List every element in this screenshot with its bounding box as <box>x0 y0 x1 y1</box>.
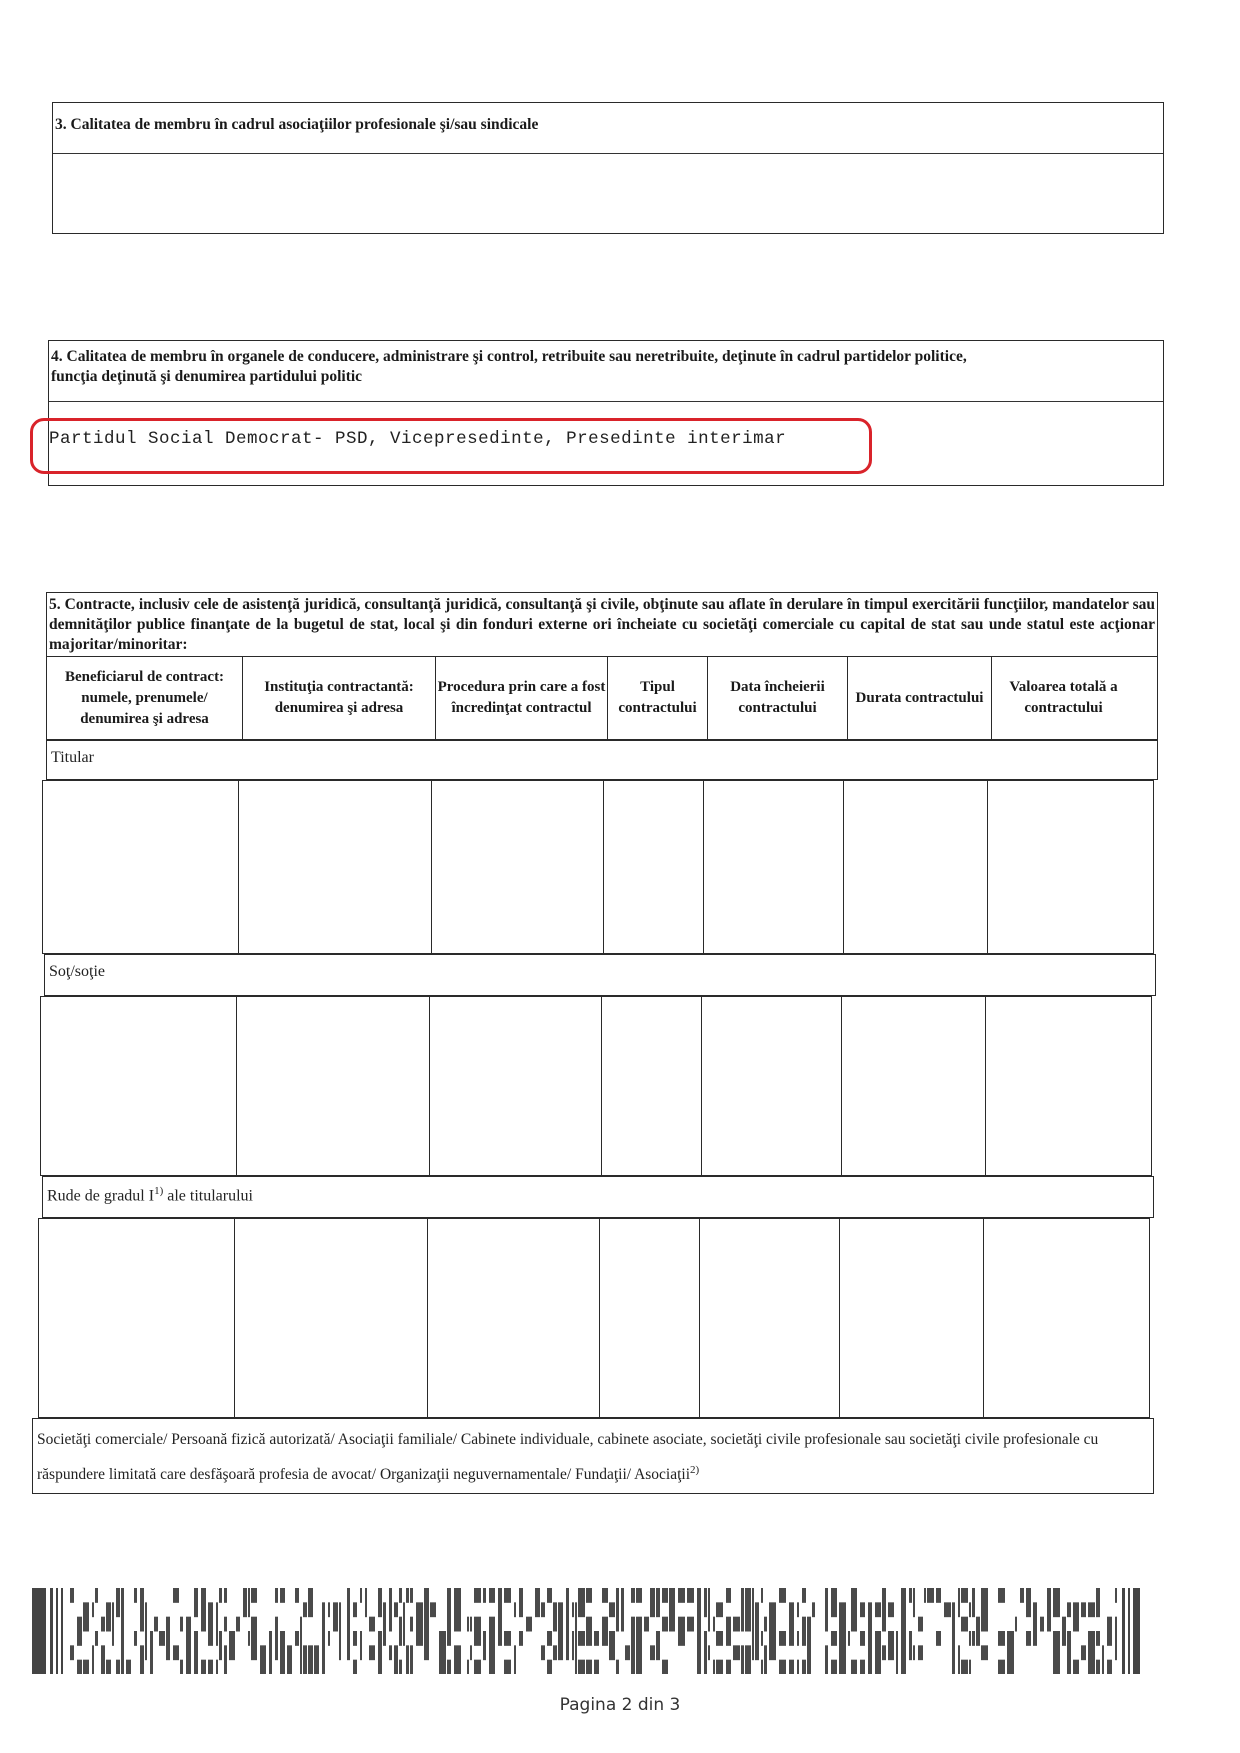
table-cell[interactable] <box>844 781 988 953</box>
column-header: Valoarea totală a contractului <box>992 657 1135 739</box>
table-cell[interactable] <box>602 997 702 1175</box>
column-header: Beneficiarul de contract: numele, prenum… <box>47 657 243 739</box>
table-cell[interactable] <box>986 997 1129 1175</box>
table-cell[interactable] <box>842 997 986 1175</box>
table-cell[interactable] <box>430 997 602 1175</box>
group-label-text: Rude de gradul I <box>47 1187 154 1204</box>
divider <box>49 401 1163 402</box>
table-cell[interactable] <box>984 1219 1127 1417</box>
group-label-1: Soţ/soţie <box>44 954 1156 996</box>
section-3-box: 3. Calitatea de membru în cadrul asociaţ… <box>52 102 1164 234</box>
group-label-suffix: ale titularului <box>163 1187 253 1204</box>
column-header: Data încheierii contractului <box>708 657 848 739</box>
section-5-title: 5. Contracte, inclusiv cele de asistenţă… <box>46 592 1158 656</box>
table-row <box>42 780 1154 954</box>
column-header: Procedura prin care a fost încredinţat c… <box>436 657 608 739</box>
entities-footer-text: Societăţi comerciale/ Persoană fizică au… <box>37 1431 1098 1483</box>
table-row <box>38 1218 1150 1418</box>
table-cell[interactable] <box>237 997 430 1175</box>
column-header: Tipul contractului <box>608 657 708 739</box>
table-cell[interactable] <box>239 781 432 953</box>
table-cell[interactable] <box>235 1219 428 1417</box>
section-4-title-line-2: funcţia deţinută şi denumirea partidului… <box>51 367 1161 387</box>
table-cell[interactable] <box>988 781 1131 953</box>
section-4-title-line-1: 4. Calitatea de membru în organele de co… <box>51 347 1161 367</box>
table-cell[interactable] <box>43 781 239 953</box>
group-label-text: Titular <box>51 749 94 766</box>
table-cell[interactable] <box>700 1219 840 1417</box>
table-row <box>40 996 1152 1176</box>
table-cell[interactable] <box>41 997 237 1175</box>
group-label-text: Soţ/soţie <box>49 963 105 980</box>
pdf417-barcode-icon <box>32 1588 1140 1674</box>
table-cell[interactable] <box>840 1219 984 1417</box>
section-4-title: 4. Calitatea de membru în organele de co… <box>49 341 1163 401</box>
group-label-2: Rude de gradul I1) ale titularului <box>42 1176 1154 1218</box>
table-cell[interactable] <box>428 1219 600 1417</box>
table-cell[interactable] <box>702 997 842 1175</box>
section-3-title: 3. Calitatea de membru în cadrul asociaţ… <box>53 107 1163 143</box>
page-number: Pagina 2 din 3 <box>0 1695 1240 1715</box>
entities-footer-row: Societăţi comerciale/ Persoană fizică au… <box>32 1418 1154 1494</box>
footnote-marker: 2) <box>690 1464 699 1476</box>
footnote-marker: 1) <box>154 1185 163 1197</box>
table-cell[interactable] <box>704 781 844 953</box>
column-header: Durata contractului <box>848 657 992 739</box>
column-header: Instituţia contractantă: denumirea şi ad… <box>243 657 436 739</box>
group-label-0: Titular <box>46 740 1158 780</box>
table-cell[interactable] <box>39 1219 235 1417</box>
table-cell[interactable] <box>600 1219 700 1417</box>
table-cell[interactable] <box>432 781 604 953</box>
red-highlight-annotation <box>30 418 872 474</box>
table-cell[interactable] <box>604 781 704 953</box>
divider <box>53 153 1163 154</box>
table-header: Beneficiarul de contract: numele, prenum… <box>46 656 1158 740</box>
